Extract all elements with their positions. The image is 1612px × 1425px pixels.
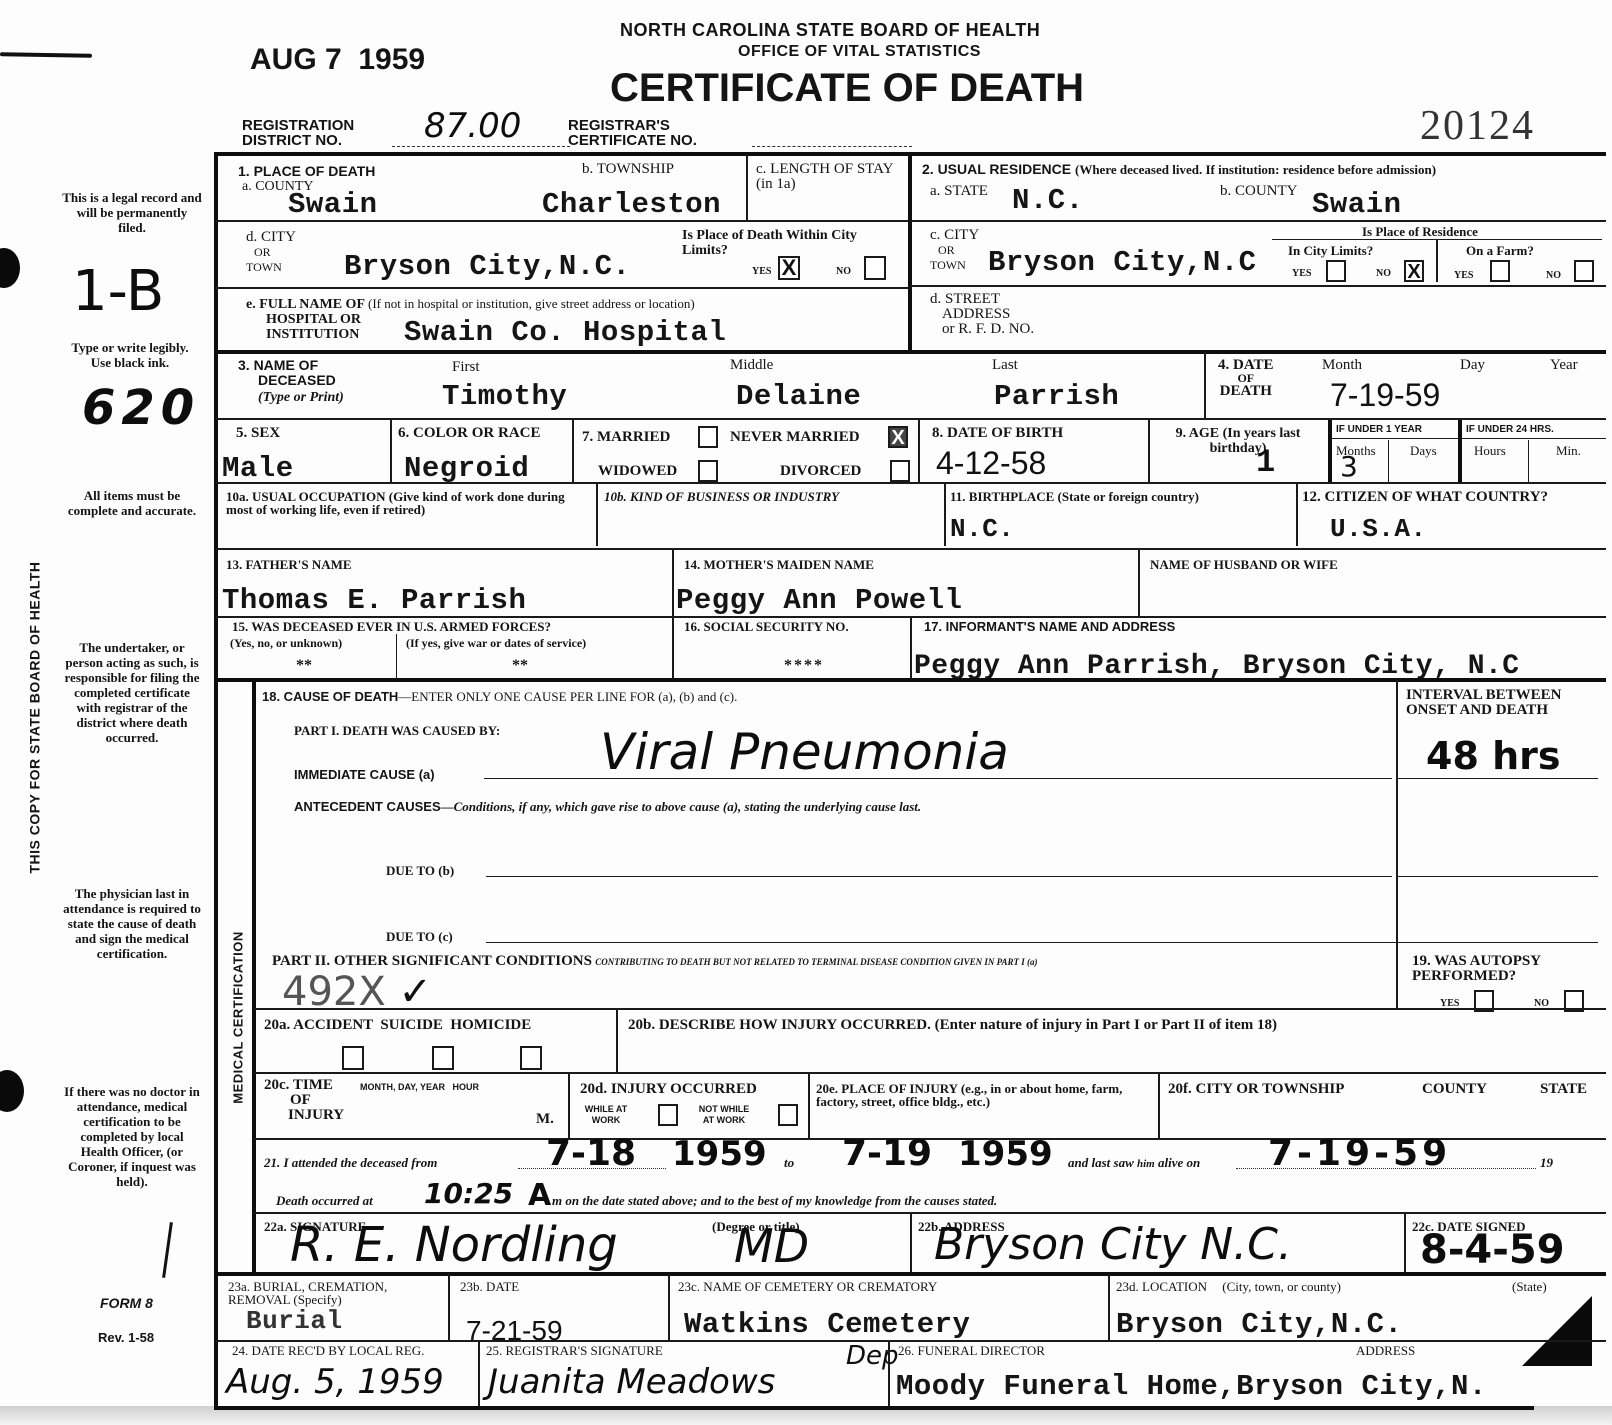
antecedent-label: ANTECEDENT CAUSES—Conditions, if any, wh… (294, 800, 921, 813)
agency-name: NORTH CAROLINA STATE BOARD OF HEALTH (620, 20, 1040, 40)
res-farm-divider (1436, 240, 1438, 282)
last-name-value: Parrish (994, 382, 1119, 412)
institution-label-line1: e. FULL NAME OF (246, 297, 364, 312)
age-months-value: 3 (1340, 452, 1358, 482)
divider-industry (596, 484, 598, 546)
location-hint-text: (City, town, or county) (1210, 1279, 1341, 1294)
hours-label: Hours (1474, 444, 1506, 457)
residence-place-label: Is Place of Residence (1362, 224, 1478, 239)
row-line-injury (254, 1008, 1606, 1010)
divorced-label: DIVORCED (780, 464, 861, 479)
punch-hole-top (0, 248, 20, 288)
residence-city-label: c. CITY OR TOWN (930, 228, 979, 273)
location-label-text: 23d. LOCATION (1116, 1279, 1207, 1294)
burial-state-hint: (State) (1512, 1280, 1547, 1293)
last-saw-label: and last saw him alive on (1068, 1156, 1200, 1171)
divider-funeral (888, 1342, 890, 1406)
registrar-deputy-mark: Dep (846, 1340, 899, 1372)
residence-street-label: d. STREET ADDRESS or R. F. D. NO. (930, 292, 1034, 337)
residence-state-value: N.C. (1012, 186, 1084, 216)
residence-county-value: Swain (1312, 190, 1402, 220)
injury-occurred-label: 20d. INJURY OCCURRED (580, 1082, 757, 1097)
citizen-label: 12. CITIZEN OF WHAT COUNTRY? (1302, 490, 1548, 505)
registrar-label-line2: CERTIFICATE NO. (568, 133, 697, 148)
registrar-signature-value: Juanita Meadows (488, 1362, 775, 1402)
birthplace-label: 11. BIRTHPLACE (State or foreign country… (950, 490, 1199, 503)
date-of-death-value: 7-19-59 (1330, 378, 1440, 412)
not-while-at-work-checkbox[interactable] (778, 1104, 798, 1126)
farm-no-label: NO (1546, 270, 1561, 281)
deceased-name-label: 3. NAME OF DECEASED (Type or Print) (238, 358, 344, 405)
interval-label: INTERVAL BETWEEN ONSET AND DEATH (1406, 688, 1602, 718)
divider-birthplace (944, 484, 946, 546)
cause-heading: 18. CAUSE OF DEATH—ENTER ONLY ONE CAUSE … (262, 690, 737, 703)
row-line-time (254, 1072, 1606, 1074)
widowed-checkbox[interactable] (698, 460, 718, 482)
residence-state-label: a. STATE (930, 184, 988, 199)
divider-marital (572, 420, 574, 482)
time-label-line2: OF (264, 1093, 344, 1108)
city-limits-no-checkbox[interactable]: X (1404, 260, 1424, 282)
industry-label: 10b. KIND OF BUSINESS OR INDUSTRY (604, 490, 839, 503)
widowed-label: WIDOWED (598, 464, 677, 479)
within-limits-yes-checkbox[interactable]: X (778, 256, 800, 280)
burial-method-value: Burial (246, 1306, 343, 1336)
name-label-line2: DECEASED (238, 373, 344, 388)
armed-forces-value: ** (296, 658, 312, 673)
registration-label-line1: REGISTRATION (242, 118, 354, 133)
attended-from-year: 1959 (672, 1134, 767, 1174)
date-received-value: Aug. 5, 1959 (226, 1362, 444, 1402)
medical-certification-label: MEDICAL CERTIFICATION (231, 908, 246, 1128)
part2-hint: CONTRIBUTING TO DEATH BUT NOT RELATED TO… (595, 957, 1037, 967)
institution-value: Swain Co. Hospital (404, 318, 726, 348)
under-1-year-label: IF UNDER 1 YEAR (1336, 424, 1422, 435)
divider-days (1388, 440, 1389, 482)
suicide-checkbox[interactable] (432, 1046, 454, 1070)
handwritten-code-1b: 1-B (72, 262, 164, 322)
race-value: Negroid (404, 454, 529, 484)
death-city-value: Bryson City,N.C. (344, 252, 630, 282)
burial-date-label: 23b. DATE (460, 1280, 519, 1293)
father-value: Thomas E. Parrish (222, 586, 526, 616)
manner-label: 20a. ACCIDENT SUICIDE HOMICIDE (264, 1018, 531, 1033)
death-county-value: Swain (288, 190, 378, 220)
divider-stay (746, 154, 748, 220)
note-type-legibly: Type or write legibly. Use black ink. (68, 340, 192, 370)
street-label-line2: ADDRESS (930, 307, 1034, 322)
due-to-b-interval-line (1398, 876, 1598, 877)
due-to-c-label: DUE TO (c) (386, 930, 453, 943)
funeral-address-label: ADDRESS (1356, 1344, 1415, 1357)
divider-age (1148, 420, 1150, 482)
residence-hint: (Where deceased lived. If institution: r… (1075, 162, 1436, 177)
vertical-copy-label: THIS COPY FOR STATE BOARD OF HEALTH (28, 543, 43, 893)
attended-to-value: 7-19 (842, 1134, 932, 1174)
divider-registrar-signature (478, 1342, 480, 1406)
res-row-line-1 (910, 220, 1606, 222)
divider-burial-date (448, 1274, 450, 1340)
note-no-doctor: If there was no doctor in attendance, me… (62, 1084, 202, 1189)
registration-label-line2: DISTRICT NO. (242, 133, 354, 148)
residence-county-label: b. COUNTY (1220, 184, 1298, 199)
row-line-occupation (216, 482, 1606, 484)
form-number: FORM 8 (100, 1296, 153, 1311)
frame-left (214, 152, 218, 1410)
farm-no-checkbox[interactable] (1574, 260, 1594, 282)
middle-name-value: Delaine (736, 382, 861, 412)
place-of-death-heading: 1. PLACE OF DEATH (238, 164, 375, 179)
first-name-value: Timothy (442, 382, 567, 412)
office-name: OFFICE OF VITAL STATISTICS (738, 43, 981, 61)
antecedent-heading: ANTECEDENT CAUSES (294, 799, 441, 814)
first-name-label: First (452, 360, 480, 375)
within-limits-no-label: NO (836, 266, 851, 277)
name-label-line3: (Type or Print) (238, 388, 344, 405)
divorced-checkbox[interactable] (890, 460, 910, 482)
state-file-number: 20124 (1420, 104, 1535, 148)
divider-dob (918, 420, 920, 482)
received-stamp-date: AUG 7 1959 (250, 44, 425, 76)
residence-city-value: Bryson City,N.C (988, 248, 1257, 278)
married-label: 7. MARRIED (582, 430, 670, 445)
township-label: b. TOWNSHIP (582, 162, 674, 177)
certifier-address: Bryson City N.C. (934, 1220, 1292, 1270)
divider-burial-location (1108, 1274, 1110, 1340)
due-to-c-line (486, 942, 1598, 943)
within-limits-yes-label: YES (752, 266, 771, 277)
divider-interval (1396, 680, 1398, 950)
armed-forces-sub1: (Yes, no, or unknown) (230, 638, 342, 649)
certifier-signature: R. E. Nordling (290, 1218, 618, 1272)
mother-label: 14. MOTHER'S MAIDEN NAME (684, 558, 874, 571)
to-label: to (784, 1156, 794, 1169)
attended-to-year: 1959 (958, 1134, 1053, 1174)
city-limits-yes-checkbox[interactable] (1326, 260, 1346, 282)
within-city-limits-label: Is Place of Death Within City Limits? (682, 228, 900, 258)
dod-label-line3: DEATH (1218, 384, 1274, 399)
registrar-certificate-underline (752, 146, 912, 147)
ssn-label: 16. SOCIAL SECURITY NO. (684, 620, 849, 633)
divider-ssn (672, 618, 674, 678)
city-limits-no-label: NO (1376, 268, 1391, 279)
age-years-value: 1 (1256, 446, 1275, 480)
citizenship-value: U.S.A. (1330, 514, 1427, 544)
dod-month-label: Month (1322, 358, 1362, 373)
death-occurred-suffix: m on the date stated above; and to the b… (552, 1194, 997, 1207)
divider-armed (396, 634, 397, 678)
res-city-label-line1: c. CITY (930, 228, 979, 243)
part2-heading: PART II. OTHER SIGNIFICANT CONDITIONS (272, 953, 592, 969)
city-limits-yes-label: YES (1292, 268, 1311, 279)
while-at-work-checkbox[interactable] (658, 1104, 678, 1126)
describe-injury-label: 20b. DESCRIBE HOW INJURY OCCURRED. (Ente… (628, 1018, 1277, 1033)
street-label-line1: d. STREET (930, 292, 1034, 307)
occupation-label: 10a. USUAL OCCUPATION (Give kind of work… (226, 490, 594, 516)
medical-left-rule (252, 680, 256, 1273)
in-city-limits-label: In City Limits? (1288, 244, 1373, 257)
certifier-degree: MD (734, 1220, 809, 1272)
note-physician: The physician last in attendance is requ… (62, 886, 202, 961)
length-of-stay-label: c. LENGTH OF STAY (in 1a) (756, 162, 896, 192)
divider-date-signed (1404, 1214, 1406, 1272)
city-label-line2: OR (246, 245, 296, 260)
funeral-director-label: 26. FUNERAL DIRECTOR (898, 1344, 1045, 1357)
death-time-value: 10:25 (424, 1178, 513, 1210)
city-label-line1: d. CITY (246, 230, 296, 245)
divider-under-year (1328, 420, 1332, 482)
middle-name-label: Middle (730, 358, 773, 373)
cemetery-value: Watkins Cemetery (684, 1310, 970, 1340)
attended-prefix: 21. I attended the deceased from (264, 1156, 437, 1169)
place-of-injury-label: 20e. PLACE OF INJURY (e.g., in or about … (816, 1082, 1146, 1108)
ssn-value: **** (784, 658, 824, 673)
divider-cemetery (668, 1274, 670, 1340)
min-label: Min. (1556, 444, 1581, 457)
on-farm-label: On a Farm? (1466, 244, 1534, 257)
divider-place-injury (808, 1074, 810, 1138)
while-at-work-label: WHILE AT WORK (580, 1104, 632, 1126)
part1-label: PART I. DEATH WAS CAUSED BY: (294, 724, 500, 737)
days-label: Days (1410, 444, 1437, 457)
margin-pen-stroke (0, 52, 92, 58)
institution-label-hint: (If not in hospital or institution, give… (368, 296, 695, 311)
last-name-label: Last (992, 358, 1018, 373)
time-m-label: M. (536, 1112, 554, 1127)
divider-min (1528, 440, 1529, 482)
under-year-line (1332, 438, 1606, 439)
residence-heading: 2. USUAL RESIDENCE (922, 161, 1071, 177)
birthplace-value: N.C. (950, 514, 1014, 544)
death-occurred-label: Death occurred at (276, 1194, 373, 1207)
row-line-sex (216, 418, 1606, 420)
part2-label: PART II. OTHER SIGNIFICANT CONDITIONS CO… (272, 954, 1037, 969)
row-line-registrar (216, 1340, 1606, 1342)
homicide-checkbox[interactable] (520, 1046, 542, 1070)
due-to-b-label: DUE TO (b) (386, 864, 454, 877)
divider-citizen (1296, 484, 1298, 546)
spouse-label: NAME OF HUSBAND OR WIFE (1150, 558, 1338, 571)
never-married-checkbox[interactable]: X (888, 426, 908, 448)
dod-day-label: Day (1460, 358, 1485, 373)
autopsy-label: 19. WAS AUTOPSY PERFORMED? (1412, 954, 1592, 984)
divider-autopsy (1396, 944, 1398, 1008)
due-to-b-line (486, 876, 1392, 877)
year-suffix: 19 (1540, 1156, 1553, 1169)
note-legal-record: This is a legal record and will be perma… (62, 190, 202, 235)
res-city-label-line2: OR (930, 243, 979, 258)
immediate-cause-label: IMMEDIATE CAUSE (a) (294, 768, 435, 781)
immediate-cause-value: Viral Pneumonia (600, 724, 1009, 780)
corner-tear (1522, 1296, 1592, 1366)
name-label-line1: 3. NAME OF (238, 358, 344, 373)
dod-year-label: Year (1550, 358, 1578, 373)
time-label-line3: INJURY (264, 1108, 344, 1123)
date-of-death-label: 4. DATE OF DEATH (1218, 358, 1274, 399)
cause-heading-instruction: —ENTER ONLY ONE CAUSE PER LINE FOR (a), … (398, 689, 737, 704)
death-city-label: d. CITY OR TOWN (246, 230, 296, 275)
date-of-birth-value: 4-12-58 (936, 446, 1046, 480)
burial-method-label: 23a. BURIAL, CREMATION, REMOVAL (Specify… (228, 1280, 448, 1306)
street-label-line3: or R. F. D. NO. (930, 322, 1034, 337)
married-checkbox[interactable] (698, 426, 718, 448)
date-received-label: 24. DATE REC'D BY LOCAL REG. (232, 1344, 472, 1357)
divider-injury-city (1158, 1074, 1160, 1138)
under-24-hrs-label: IF UNDER 24 HRS. (1466, 424, 1554, 435)
within-limits-no-checkbox[interactable] (864, 256, 886, 280)
page-title: CERTIFICATE OF DEATH (610, 66, 1084, 110)
registrar-label-line1: REGISTRAR'S (568, 118, 697, 133)
registration-district-number: 87.00 (424, 108, 521, 144)
injury-state-label: STATE (1540, 1082, 1587, 1097)
registration-district-label: REGISTRATION DISTRICT NO. (242, 118, 354, 148)
alive-on-text: alive on (1158, 1155, 1200, 1170)
mother-value: Peggy Ann Powell (676, 586, 962, 616)
injury-city-label: 20f. CITY OR TOWNSHIP (1168, 1082, 1344, 1097)
row-line-1 (216, 220, 908, 222)
age-label: 9. AGE (In years last birthday) (1154, 426, 1322, 456)
service-dates-value: ** (512, 658, 528, 673)
time-of-injury-label: 20c. TIME OF INJURY (264, 1078, 344, 1123)
farm-yes-checkbox[interactable] (1490, 260, 1510, 282)
divider-informant (910, 618, 912, 678)
death-ampm-value: A (528, 1180, 551, 1212)
last-saw-text: and last saw (1068, 1155, 1134, 1170)
frame-bottom (214, 1406, 1534, 1410)
section-line-name (216, 350, 1606, 354)
divider-spouse (1138, 550, 1140, 618)
divider-describe (616, 1010, 618, 1074)
armed-forces-label: 15. WAS DECEASED EVER IN U.S. ARMED FORC… (232, 620, 551, 633)
form-revision: Rev. 1-58 (98, 1330, 154, 1345)
city-label-line3: TOWN (246, 260, 296, 275)
note-complete-accurate: All items must be complete and accurate. (62, 488, 202, 518)
informant-label: 17. INFORMANT'S NAME AND ADDRESS (924, 620, 1175, 633)
punch-hole-bottom (0, 1070, 24, 1112)
attended-from-value: 7-18 (546, 1134, 636, 1174)
divider-place-residence (908, 152, 912, 350)
res-row-line-2 (910, 285, 1606, 287)
divider-dod (1204, 352, 1206, 418)
divider-under-24 (1458, 420, 1462, 482)
accident-checkbox[interactable] (342, 1046, 364, 1070)
section-line-disposition (216, 1272, 1606, 1276)
never-married-label: NEVER MARRIED (730, 430, 860, 445)
registration-district-underline (392, 146, 570, 147)
time-label-line1: 20c. TIME (264, 1078, 344, 1093)
father-label: 13. FATHER'S NAME (226, 558, 352, 571)
registrar-certificate-label: REGISTRAR'S CERTIFICATE NO. (568, 118, 697, 148)
sidebar-pen-mark (162, 1222, 173, 1278)
divider-certifier-address (910, 1214, 912, 1272)
antecedent-hint: —Conditions, if any, which gave rise to … (441, 799, 922, 814)
interval-line (1398, 778, 1598, 779)
note-undertaker: The undertaker, or person acting as such… (62, 640, 202, 745)
burial-location-value: Bryson City,N.C. (1116, 1310, 1402, 1340)
burial-location-label: 23d. LOCATION (City, town, or county) (1116, 1280, 1341, 1293)
injury-county-label: COUNTY (1422, 1082, 1487, 1097)
farm-yes-label: YES (1454, 270, 1473, 281)
row-line-2 (216, 287, 908, 289)
row-line-family (216, 548, 1606, 550)
date-of-birth-label: 8. DATE OF BIRTH (932, 426, 1063, 441)
death-township-value: Charleston (542, 190, 721, 220)
race-label: 6. COLOR OR RACE (398, 426, 541, 441)
cause-heading-label: 18. CAUSE OF DEATH (262, 689, 398, 704)
sex-label: 5. SEX (236, 426, 280, 441)
res-city-label-line3: TOWN (930, 258, 979, 273)
funeral-director-value: Moody Funeral Home,Bryson City,N. (896, 1372, 1487, 1402)
residence-label: 2. USUAL RESIDENCE (Where deceased lived… (922, 162, 1436, 177)
date-signed-value: 8-4-59 (1420, 1228, 1565, 1272)
not-while-at-work-label: NOT WHILE AT WORK (694, 1104, 754, 1126)
interval-value: 48 hrs (1426, 734, 1561, 778)
registrar-signature-label: 25. REGISTRAR'S SIGNATURE (486, 1344, 663, 1357)
cemetery-label: 23c. NAME OF CEMETERY OR CREMATORY (678, 1280, 937, 1293)
armed-forces-sub2: (If yes, give war or dates of service) (406, 638, 586, 649)
handwritten-code-620: 620 (82, 382, 200, 434)
last-saw-value: 7-19-59 (1268, 1134, 1451, 1174)
divider-mother (672, 550, 674, 618)
time-sub-label: MONTH, DAY, YEAR HOUR (360, 1082, 479, 1093)
divider-race (390, 420, 392, 482)
him-text: him (1137, 1158, 1155, 1170)
sex-value: Male (222, 454, 294, 484)
divider-occurred (568, 1074, 570, 1138)
